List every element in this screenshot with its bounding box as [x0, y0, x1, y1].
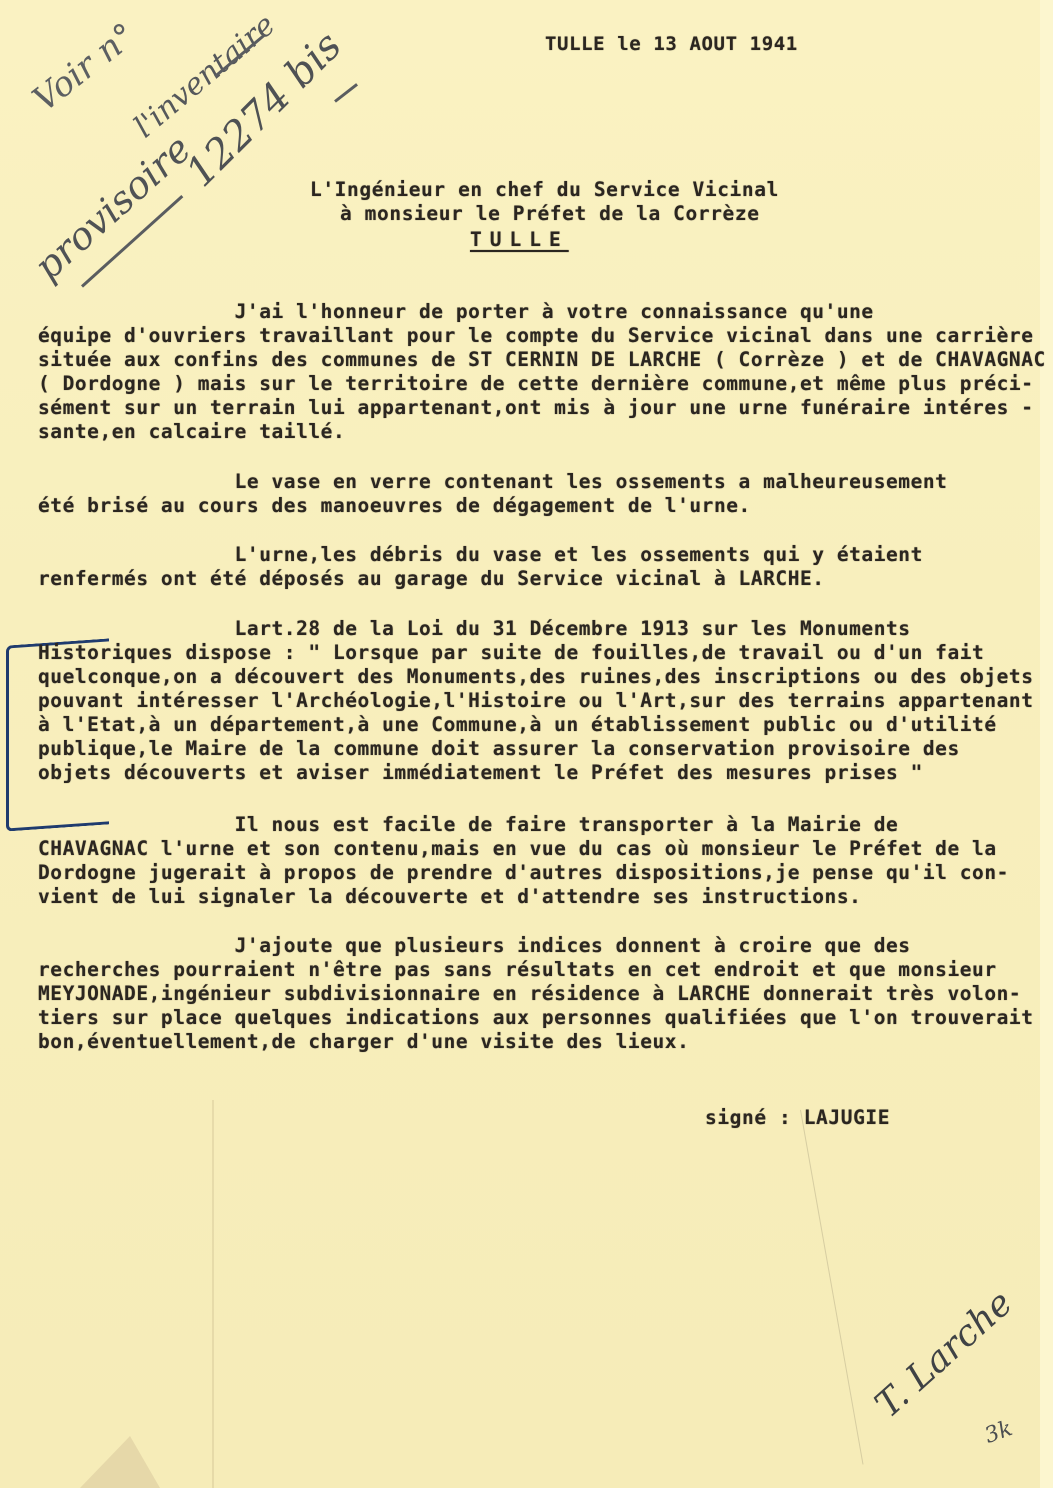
text-line: CHAVAGNAC l'urne et son contenu,mais en …: [38, 837, 1038, 861]
scan-edge: [1040, 0, 1053, 1488]
text-line: ( Dordogne ) mais sur le territoire de c…: [38, 372, 1038, 396]
text-line: vient de lui signaler la découverte et d…: [38, 885, 1038, 909]
text-line: sément sur un terrain lui appartenant,on…: [38, 396, 1038, 420]
text-line: située aux confins des communes de ST CE…: [38, 348, 1038, 372]
text-line: Lart.28 de la Loi du 31 Décembre 1913 su…: [38, 617, 1038, 641]
recipient-line: à monsieur le Préfet de la Corrèze: [340, 202, 760, 226]
text-line: MEYJONADE,ingénieur subdivisionnaire en …: [38, 982, 1038, 1006]
paragraph-vase: Le vase en verre contenant les ossements…: [38, 470, 1038, 518]
text-line: tiers sur place quelques indications aux…: [38, 1006, 1038, 1030]
text-line: à l'Etat,à un département,à une Commune,…: [38, 713, 1038, 737]
paragraph-deposit: L'urne,les débris du vase et les ossemen…: [38, 543, 1038, 591]
text-line: J'ai l'honneur de porter à votre connais…: [38, 300, 1038, 324]
paragraph-research: J'ajoute que plusieurs indices donnent à…: [38, 934, 1038, 1054]
text-line: bon,éventuellement,de charger d'une visi…: [38, 1030, 1038, 1054]
text-line: été brisé au cours des manoeuvres de dég…: [38, 494, 1038, 518]
paragraph-law-quote: Lart.28 de la Loi du 31 Décembre 1913 su…: [38, 617, 1038, 785]
date-line: TULLE le 13 AOUT 1941: [545, 32, 798, 56]
signature: signé : LAJUGIE: [705, 1106, 890, 1130]
text-line: publique,le Maire de la commune doit ass…: [38, 737, 1038, 761]
text-line: objets découverts et aviser immédiatemen…: [38, 761, 1038, 785]
text-line: Dordogne jugerait à propos de prendre d'…: [38, 861, 1038, 885]
paragraph-transport: Il nous est facile de faire transporter …: [38, 813, 1038, 909]
text-line: L'urne,les débris du vase et les ossemen…: [38, 543, 1038, 567]
paper-fold: [212, 1100, 214, 1488]
text-line: Il nous est facile de faire transporter …: [38, 813, 1038, 837]
text-line: sante,en calcaire taillé.: [38, 420, 1038, 444]
text-line: recherches pourraient n'être pas sans ré…: [38, 958, 1038, 982]
text-line: J'ajoute que plusieurs indices donnent à…: [38, 934, 1038, 958]
text-line: équipe d'ouvriers travaillant pour le co…: [38, 324, 1038, 348]
text-line: Historiques dispose : " Lorsque par suit…: [38, 641, 1038, 665]
torn-corner: [80, 1436, 160, 1488]
sender-line: L'Ingénieur en chef du Service Vicinal: [310, 178, 779, 202]
text-line: Le vase en verre contenant les ossements…: [38, 470, 1038, 494]
text-line: renfermés ont été déposés au garage du S…: [38, 567, 1038, 591]
text-line: quelconque,on a découvert des Monuments,…: [38, 665, 1038, 689]
paragraph-discovery: J'ai l'honneur de porter à votre connais…: [38, 300, 1038, 444]
text-line: pouvant intéresser l'Archéologie,l'Histo…: [38, 689, 1038, 713]
recipient-city: TULLE: [470, 228, 569, 252]
